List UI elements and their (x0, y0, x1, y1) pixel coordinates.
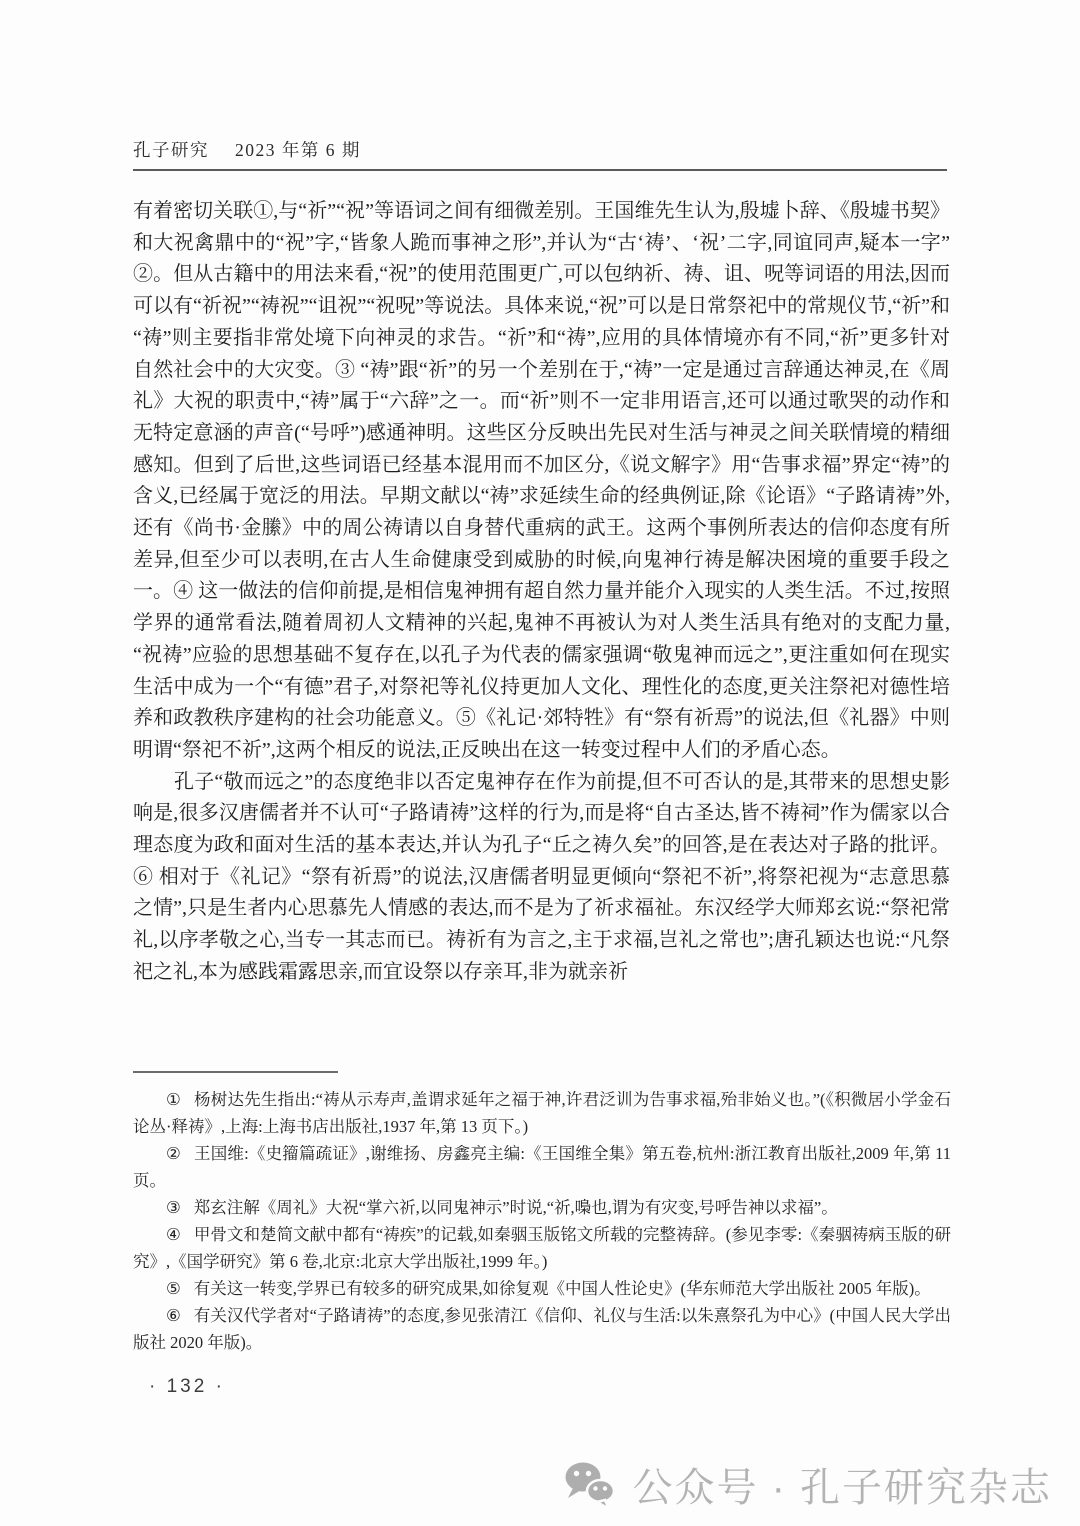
footnote-marker: ③ (166, 1198, 181, 1217)
footnote-text: 王国维:《史籀篇疏证》,谢维扬、房鑫亮主编:《王国维全集》第五卷,杭州:浙江教育… (133, 1144, 951, 1190)
footnote-marker: ④ (166, 1225, 181, 1244)
footnote-item: ③郑玄注解《周礼》大祝“掌六祈,以同鬼神示”时说,“祈,嘄也,谓为有灾变,号呼告… (133, 1194, 951, 1221)
footnote-divider (133, 1071, 338, 1073)
footnotes-block: ①杨树达先生指出:“祷从示寿声,盖谓求延年之福于神,许君泛训为告事求福,殆非始义… (133, 1086, 951, 1356)
watermark-text: 公众号 · 孔子研究杂志 (632, 1456, 1052, 1513)
footnote-marker: ① (166, 1090, 181, 1109)
footnote-item: ⑤有关这一转变,学界已有较多的研究成果,如徐复观《中国人性论史》(华东师范大学出… (133, 1275, 951, 1302)
footnote-text: 有关汉代学者对“子路请祷”的态度,参见张清江《信仰、礼仪与生活:以朱熹祭孔为中心… (133, 1306, 951, 1352)
footnote-marker: ⑤ (166, 1279, 181, 1298)
footnote-item: ①杨树达先生指出:“祷从示寿声,盖谓求延年之福于神,许君泛训为告事求福,殆非始义… (133, 1086, 951, 1140)
footnote-item: ④甲骨文和楚简文献中都有“祷疾”的记载,如秦骃玉版铭文所载的完整祷辞。(参见李零… (133, 1221, 951, 1275)
body-paragraph-2: 孔子“敬而远之”的态度绝非以否定鬼神存在作为前提,但不可否认的是,其带来的思想史… (133, 767, 950, 989)
footnote-item: ⑥有关汉代学者对“子路请祷”的态度,参见张清江《信仰、礼仪与生活:以朱熹祭孔为中… (133, 1302, 951, 1356)
footnote-marker: ② (166, 1144, 181, 1163)
footnote-text: 有关这一转变,学界已有较多的研究成果,如徐复观《中国人性论史》(华东师范大学出版… (194, 1279, 931, 1298)
footnote-item: ②王国维:《史籀篇疏证》,谢维扬、房鑫亮主编:《王国维全集》第五卷,杭州:浙江教… (133, 1140, 951, 1194)
scanned-journal-page: 孔子研究2023 年第 6 期 有着密切关联①,与“祈”“祝”等语词之间有细微差… (0, 0, 1080, 1526)
footnote-text: 郑玄注解《周礼》大祝“掌六祈,以同鬼神示”时说,“祈,嘄也,谓为有灾变,号呼告神… (194, 1198, 838, 1217)
body-paragraph-1: 有着密切关联①,与“祈”“祝”等语词之间有细微差别。王国维先生认为,殷墟卜辞、《… (133, 196, 950, 767)
journal-title: 孔子研究 (133, 140, 209, 160)
running-header: 孔子研究2023 年第 6 期 (133, 137, 361, 162)
header-rule (133, 169, 947, 171)
issue-label: 2023 年第 6 期 (235, 140, 361, 160)
footnote-text: 杨树达先生指出:“祷从示寿声,盖谓求延年之福于神,许君泛训为告事求福,殆非始义也… (133, 1090, 951, 1136)
wechat-icon (563, 1460, 617, 1510)
footnote-text: 甲骨文和楚简文献中都有“祷疾”的记载,如秦骃玉版铭文所载的完整祷辞。(参见李零:… (133, 1225, 951, 1271)
footnote-marker: ⑥ (166, 1306, 181, 1325)
page-number: · 132 · (149, 1376, 225, 1398)
article-body: 有着密切关联①,与“祈”“祝”等语词之间有细微差别。王国维先生认为,殷墟卜辞、《… (133, 196, 950, 989)
watermark: 公众号 · 孔子研究杂志 (563, 1456, 1052, 1513)
